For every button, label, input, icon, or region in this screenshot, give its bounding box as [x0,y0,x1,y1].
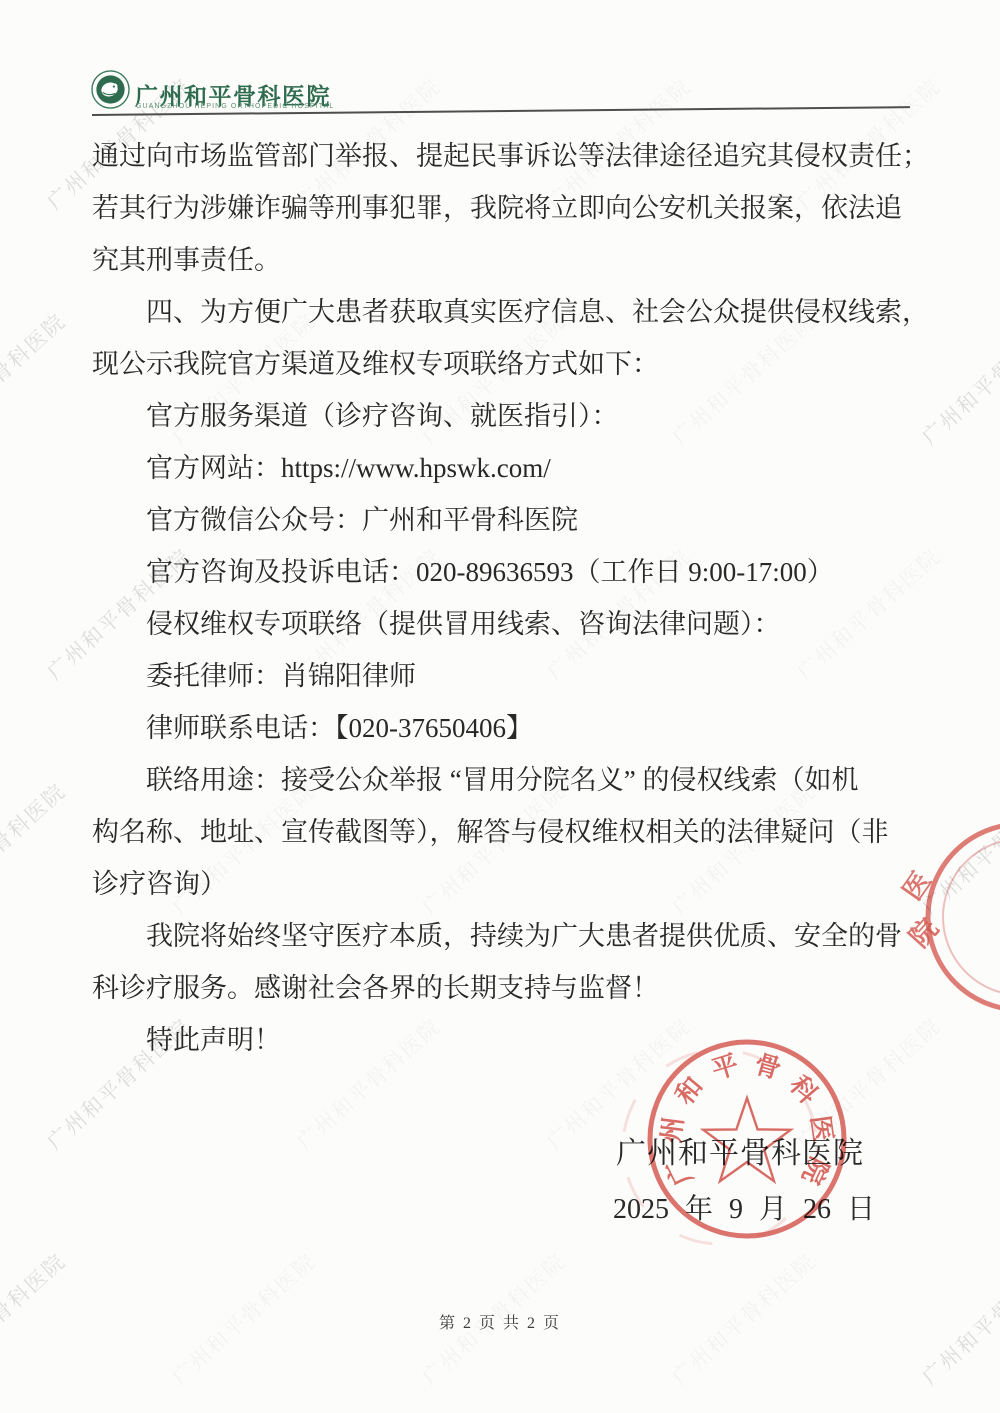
svg-text:平: 平 [708,1050,741,1085]
watermark-text: 广州和平骨科医院 [0,306,72,451]
body-line: 我院将始终坚守医疗本质，持续为广大患者提供优质、安全的骨 [92,910,912,962]
svg-text:院: 院 [904,913,944,953]
hospital-logo-subtitle: GUANGZHOU HEPING ORTHOPEDIC HOSPITAL [136,103,334,110]
body-line: 官方网站：https://www.hpswk.com/ [92,442,912,494]
body-line: 侵权维权专项联络（提供冒用线索、咨询法律问题）： [92,598,912,650]
hospital-logo-icon [91,70,130,109]
svg-text:和: 和 [670,1072,709,1111]
body-line: 律师联系电话：【020-37650406】 [92,702,912,754]
body-line: 科诊疗服务。感谢社会各界的长期支持与监督！ [92,962,912,1014]
signature-date: 2025 年 9 月 26 日 [613,1187,875,1227]
document-body: 通过向市场监管部门举报、提起民事诉讼等法律途径追究其侵权责任；若其行为涉嫌诈骗等… [92,130,912,1066]
body-line: 通过向市场监管部门举报、提起民事诉讼等法律途径追究其侵权责任； [92,130,912,182]
body-line: 官方咨询及投诉电话：020-89636593（工作日 9:00-17:00） [92,546,912,598]
body-line: 联络用途：接受公众举报 “冒用分院名义” 的侵权线索（如机 [92,754,912,806]
watermark-text: 广州和平骨科医院 [0,776,72,921]
page-footer: 第 2 页 共 2 页 [0,1310,1000,1333]
partial-seal-stamp: 医院 [890,812,1000,1037]
body-line: 构名称、地址、宣传截图等），解答与侵权维权相关的法律疑问（非 [92,806,912,858]
body-line: 四、为方便广大患者获取真实医疗信息、社会公众提供侵权线索， [92,286,912,338]
svg-text:骨: 骨 [751,1049,784,1084]
body-line: 官方微信公众号：广州和平骨科医院 [92,494,912,546]
body-line: 诊疗咨询） [92,858,912,910]
document-page: 广州和平骨科医院广州和平骨科医院广州和平骨科医院广州和平骨科医院广州和平骨科医院… [0,0,1000,1413]
body-line: 现公示我院官方渠道及维权专项联络方式如下： [92,338,912,390]
body-line: 若其行为涉嫌诈骗等刑事犯罪，我院将立即向公安机关报案，依法追 [92,182,912,234]
body-line: 究其刑事责任。 [92,234,912,286]
body-line: 官方服务渠道（诊疗咨询、就医指引）： [92,390,912,442]
signature-hospital-name: 广州和平骨科医院 [616,1128,864,1172]
body-line: 委托律师：肖锦阳律师 [92,650,912,702]
